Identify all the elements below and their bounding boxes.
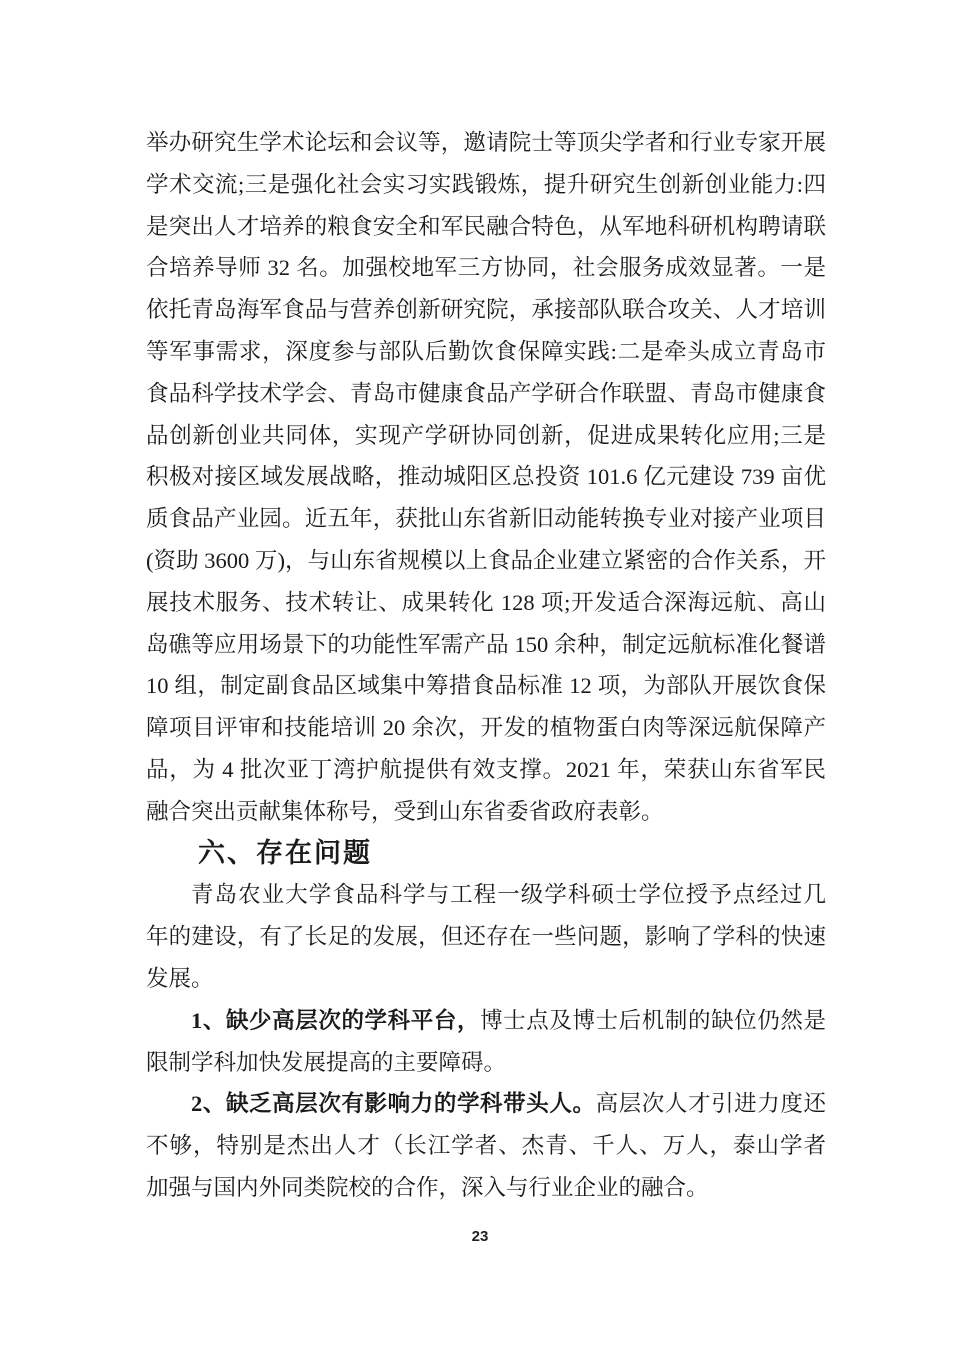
paragraph-line: 品创新创业共同体，实现产学研协同创新，促进成果转化应用;三是	[146, 415, 826, 457]
paragraph-line: 不够，特别是杰出人才（长江学者、杰青、千人、万人，泰山学者等）	[146, 1125, 826, 1167]
numbered-item-line: 2、缺乏高层次有影响力的学科带头人。高层次人才引进力度还	[146, 1083, 826, 1125]
paragraph-line: 依托青岛海军食品与营养创新研究院，承接部队联合攻关、人才培训	[146, 289, 826, 331]
document-page: 举办研究生学术论坛和会议等，邀请院士等顶尖学者和行业专家开展 学术交流;三是强化…	[0, 0, 960, 1357]
paragraph-line: 是突出人才培养的粮食安全和军民融合特色，从军地科研机构聘请联	[146, 206, 826, 248]
paragraph-line: 年的建设，有了长足的发展，但还存在一些问题，影响了学科的快速	[146, 916, 826, 958]
page-number: 23	[0, 1228, 960, 1245]
numbered-item-line: 1、缺少高层次的学科平台，博士点及博士后机制的缺位仍然是	[146, 1000, 826, 1042]
paragraph-line: 质食品产业园。近五年，获批山东省新旧动能转换专业对接产业项目	[146, 498, 826, 540]
paragraph-line: 食品科学技术学会、青岛市健康食品产学研合作联盟、青岛市健康食	[146, 373, 826, 415]
paragraph-line: 合培养导师 32 名。加强校地军三方协同，社会服务成效显著。一是	[146, 247, 826, 289]
paragraph-line: 10 组，制定副食品区域集中筹措食品标准 12 项，为部队开展饮食保	[146, 665, 826, 707]
paragraph-line: 展技术服务、技术转让、成果转化 128 项;开发适合深海远航、高山	[146, 582, 826, 624]
paragraph-line: 积极对接区域发展战略，推动城阳区总投资 101.6 亿元建设 739 亩优	[146, 456, 826, 498]
paragraph-line: 障项目评审和技能培训 20 余次，开发的植物蛋白肉等深远航保障产	[146, 707, 826, 749]
paragraph-line: 等军事需求，深度参与部队后勤饮食保障实践:二是牵头成立青岛市	[146, 331, 826, 373]
paragraph-line: 加强与国内外同类院校的合作，深入与行业企业的融合。	[146, 1167, 826, 1209]
numbered-item-lead: 2、缺乏高层次有影响力的学科带头人。	[191, 1091, 596, 1116]
section-heading: 六、存在问题	[146, 833, 826, 875]
paragraph-line: (资助 3600 万)，与山东省规模以上食品企业建立紧密的合作关系，开	[146, 540, 826, 582]
text-block: 举办研究生学术论坛和会议等，邀请院士等顶尖学者和行业专家开展 学术交流;三是强化…	[146, 122, 826, 1209]
paragraph-line: 举办研究生学术论坛和会议等，邀请院士等顶尖学者和行业专家开展	[146, 122, 826, 164]
paragraph-line: 学术交流;三是强化社会实习实践锻炼，提升研究生创新创业能力:四	[146, 164, 826, 206]
numbered-item-text: 高层次人才引进力度还	[596, 1091, 826, 1116]
paragraph-line: 品，为 4 批次亚丁湾护航提供有效支撑。2021 年，荣获山东省军民	[146, 749, 826, 791]
paragraph-line: 限制学科加快发展提高的主要障碍。	[146, 1042, 826, 1084]
numbered-item-lead: 1、缺少高层次的学科平台，	[191, 1008, 480, 1033]
paragraph-line: 发展。	[146, 958, 826, 1000]
paragraph-line: 岛礁等应用场景下的功能性军需产品 150 余种，制定远航标准化餐谱	[146, 624, 826, 666]
paragraph-line: 青岛农业大学食品科学与工程一级学科硕士学位授予点经过几	[146, 874, 826, 916]
numbered-item-text: 博士点及博士后机制的缺位仍然是	[480, 1008, 826, 1033]
paragraph-line: 融合突出贡献集体称号，受到山东省委省政府表彰。	[146, 791, 826, 833]
